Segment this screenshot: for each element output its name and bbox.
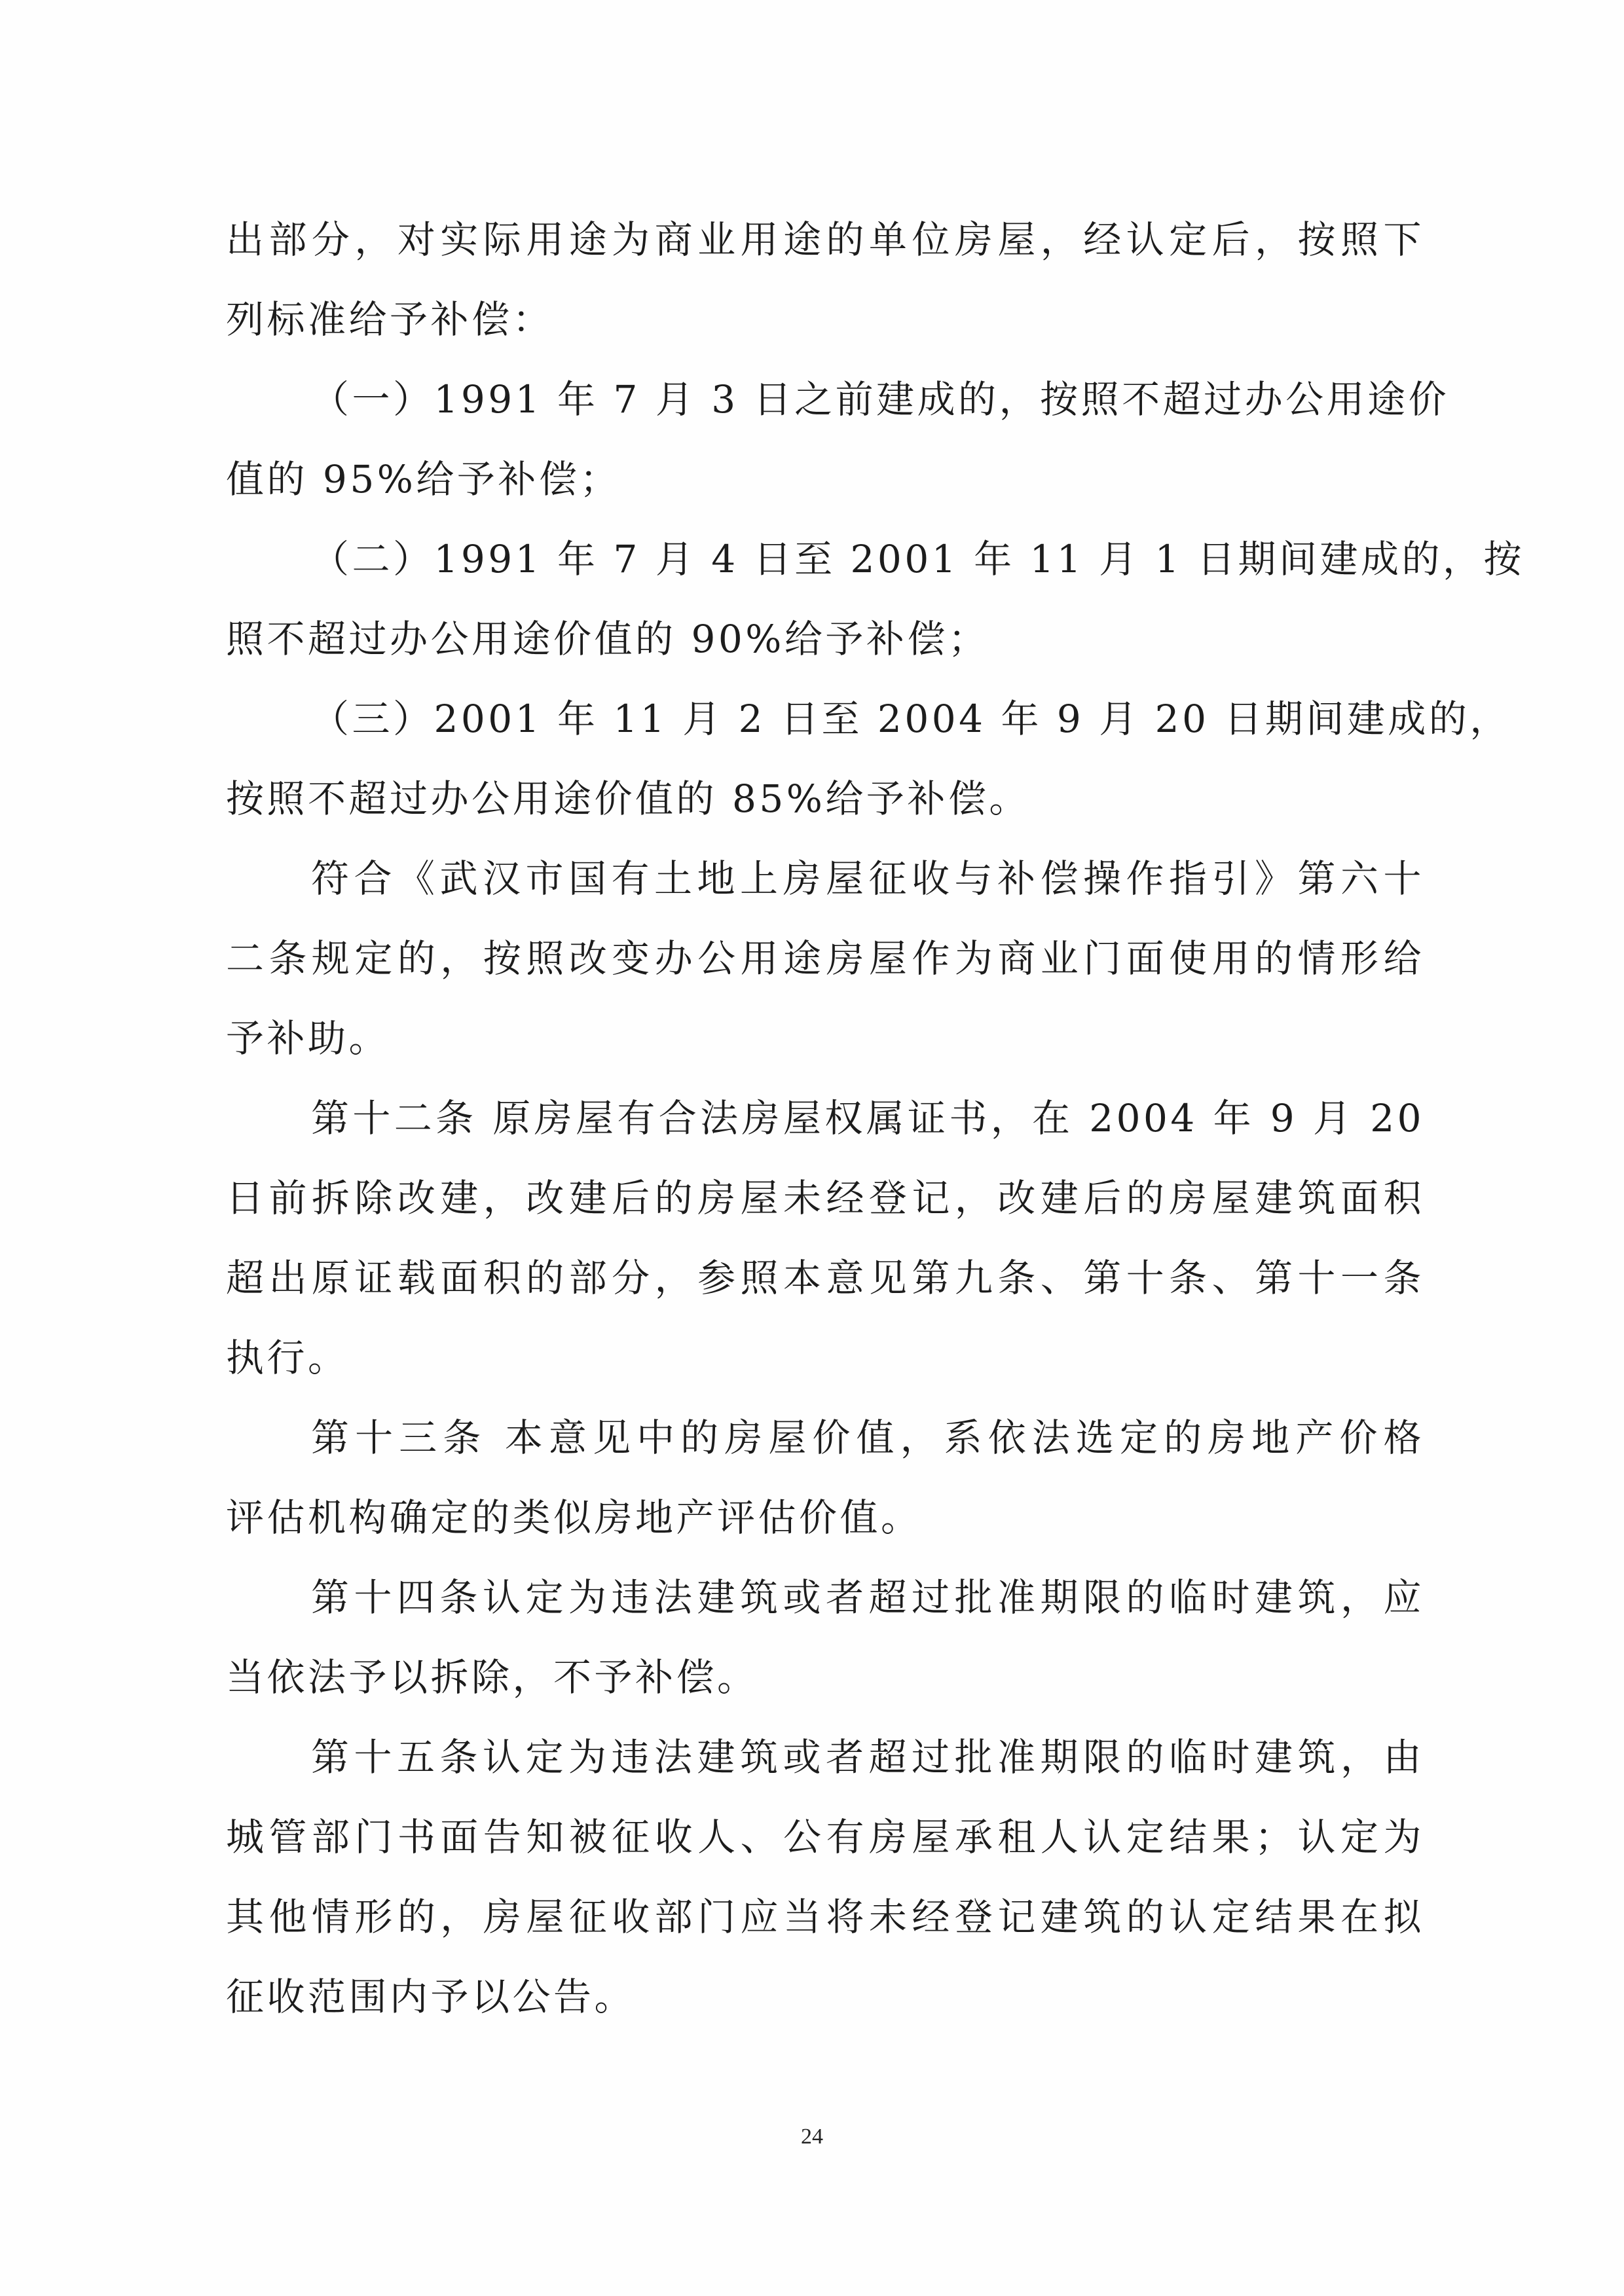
article-12-line: 执行。 — [226, 1332, 1424, 1412]
list-item-3-line: 按照不超过办公用途价值的 85%给予补偿。 — [226, 773, 1424, 852]
page-number: 24 — [0, 2124, 1624, 2149]
article-15-line: 其他情形的，房屋征收部门应当将未经登记建筑的认定结果在拟 — [226, 1891, 1424, 1971]
paragraph-continuation-line: 出部分，对实际用途为商业用途的单位房屋，经认定后，按照下 — [226, 213, 1424, 293]
article-15-line: 征收范围内予以公告。 — [226, 1971, 1424, 2050]
article-13-line: 第十三条 本意见中的房屋价值，系依法选定的房地产价格 — [226, 1412, 1424, 1491]
article-15-line: 第十五条认定为违法建筑或者超过批准期限的临时建筑，由 — [226, 1731, 1424, 1811]
paragraph-guide-reference-line: 符合《武汉市国有土地上房屋征收与补偿操作指引》第六十 — [226, 852, 1424, 932]
paragraph-guide-reference-line: 予补助。 — [226, 1012, 1424, 1092]
article-14-line: 当依法予以拆除，不予补偿。 — [226, 1651, 1424, 1731]
paragraph-continuation-line: 列标准给予补偿： — [226, 293, 1424, 373]
list-item-2-line: 照不超过办公用途价值的 90%给予补偿； — [226, 613, 1424, 693]
article-12-line: 日前拆除改建，改建后的房屋未经登记，改建后的房屋建筑面积 — [226, 1172, 1424, 1252]
list-item-1-line: （一）1991 年 7 月 3 日之前建成的，按照不超过办公用途价 — [226, 373, 1424, 453]
article-12-line: 超出原证载面积的部分，参照本意见第九条、第十条、第十一条 — [226, 1252, 1424, 1332]
article-13-line: 评估机构确定的类似房地产评估价值。 — [226, 1491, 1424, 1571]
article-14-line: 第十四条认定为违法建筑或者超过批准期限的临时建筑，应 — [226, 1571, 1424, 1651]
paragraph-guide-reference-line: 二条规定的，按照改变办公用途房屋作为商业门面使用的情形给 — [226, 932, 1424, 1012]
article-12-line: 第十二条 原房屋有合法房屋权属证书，在 2004 年 9 月 20 — [226, 1092, 1424, 1172]
list-item-2-line: （二）1991 年 7 月 4 日至 2001 年 11 月 1 日期间建成的，… — [226, 533, 1424, 613]
list-item-1-line: 值的 95%给予补偿； — [226, 453, 1424, 533]
article-15-line: 城管部门书面告知被征收人、公有房屋承租人认定结果；认定为 — [226, 1811, 1424, 1891]
list-item-3-line: （三）2001 年 11 月 2 日至 2004 年 9 月 20 日期间建成的… — [226, 693, 1424, 773]
document-body: 出部分，对实际用途为商业用途的单位房屋，经认定后，按照下 列标准给予补偿： （一… — [226, 213, 1424, 2050]
document-page: 出部分，对实际用途为商业用途的单位房屋，经认定后，按照下 列标准给予补偿： （一… — [0, 0, 1624, 2296]
